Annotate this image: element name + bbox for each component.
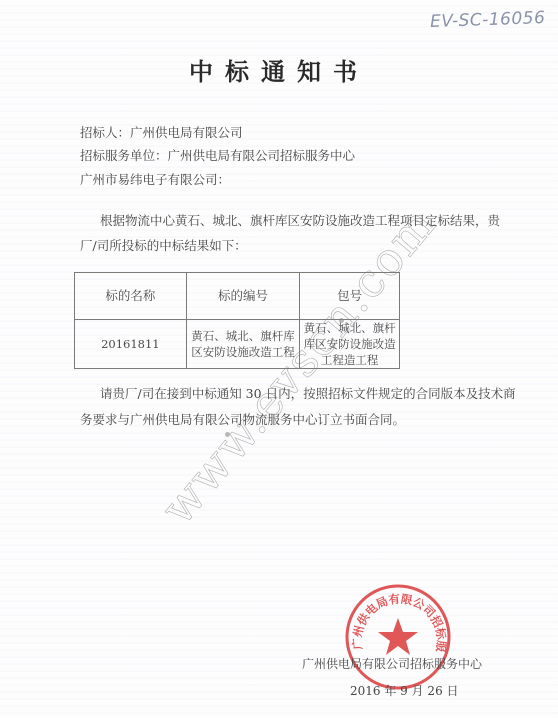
header-item-number: 标的编号 (186, 273, 300, 320)
paragraph-2-line-2: 务要求与广州供电局有限公司物流服务中心订立书面合同。 (80, 410, 405, 428)
scanned-page: EV-SC-16056 中标通知书 招标人：广州供电局有限公司 招标服务单位：广… (0, 0, 558, 718)
paragraph-1-line-1: 根据物流中心黄石、城北、旗杆库区安防设施改造工程项目定标结果，贵 (100, 211, 500, 229)
award-result-table: 标的名称 标的编号 包号 20161811 黄石、城北、旗杆库区安防设施改造工程… (74, 272, 400, 369)
table-row: 20161811 黄石、城北、旗杆库区安防设施改造工程 黄石、城北、旗杆库区安防… (75, 320, 400, 369)
table-header-row: 标的名称 标的编号 包号 (75, 273, 400, 320)
header-item-name: 标的名称 (75, 273, 187, 320)
cell-item-number: 黄石、城北、旗杆库区安防设施改造工程 (186, 320, 300, 369)
header-package-number: 包号 (300, 273, 400, 320)
handwritten-reference-code: EV-SC-16056 (430, 8, 546, 32)
agency-line: 招标服务单位：广州供电局有限公司招标服务中心 (80, 146, 355, 164)
svg-text:广州供电局有限公司招标服务中心: 广州供电局有限公司招标服务中心 (343, 582, 449, 653)
official-seal-icon: 广州供电局有限公司招标服务中心 (343, 582, 453, 692)
paragraph-1-line-2: 厂/司所投标的中标结果如下： (80, 236, 247, 254)
seal-text: 广州供电局有限公司招标服务中心 (343, 582, 449, 653)
cell-package-number: 黄石、城北、旗杆库区安防设施改造工程造工程 (300, 320, 400, 369)
tenderer-line: 招标人：广州供电局有限公司 (80, 123, 243, 141)
watermark-dot-icon (339, 318, 344, 323)
signer-organization: 广州供电局有限公司招标服务中心 (302, 655, 482, 672)
document-title: 中标通知书 (0, 52, 558, 87)
watermark-dot-icon (225, 432, 230, 437)
paragraph-2-line-1: 请贵厂/司在接到中标通知 30 日内，按照招标文件规定的合同版本及技术商 (100, 384, 516, 402)
recipient-line: 广州市易纬电子有限公司： (80, 170, 230, 188)
issue-date: 2016 年 9 月 26 日 (350, 682, 459, 699)
cell-item-name: 20161811 (75, 320, 187, 369)
